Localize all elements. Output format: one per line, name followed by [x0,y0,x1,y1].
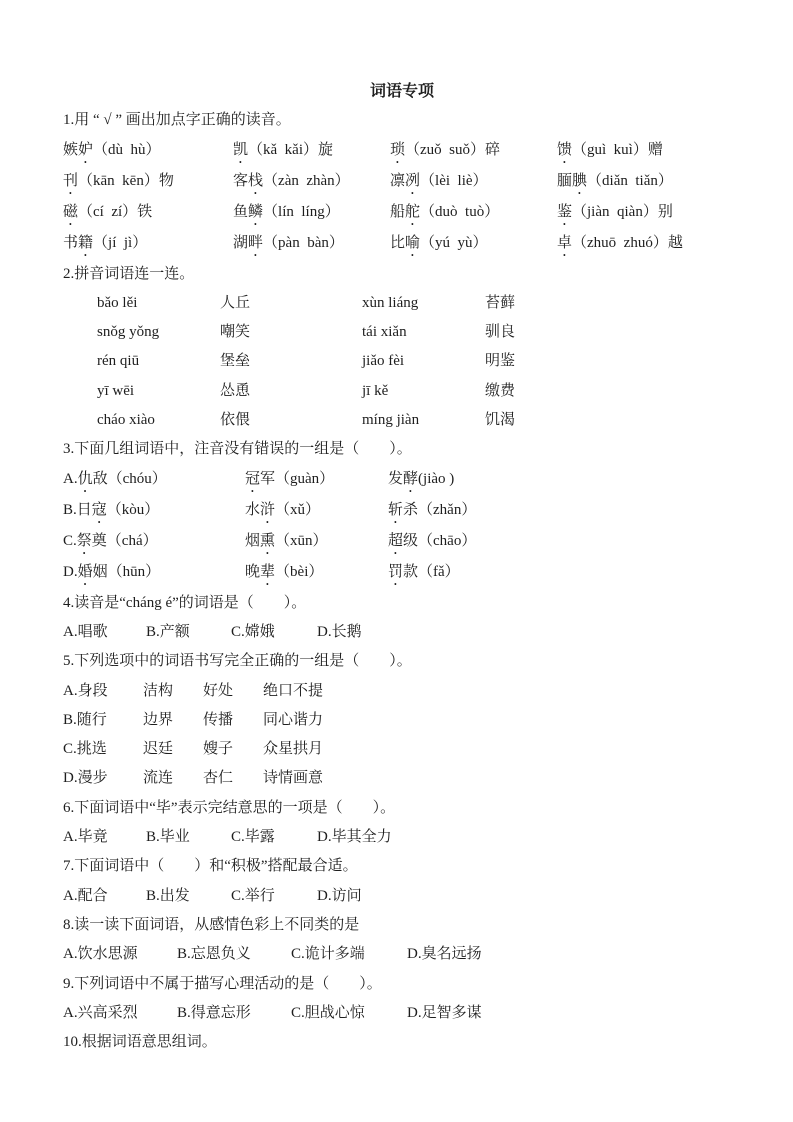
q3-item: C.祭奠（chá） [63,527,245,558]
q2-pinyin: yī wēi [97,377,220,406]
q2-pinyin: rén qiū [97,347,220,376]
q1-item: 凛冽（lèi liè） [390,167,557,198]
q1-item: 客栈（zàn zhàn） [233,167,390,198]
q2-pinyin: bǎo lěi [97,289,220,318]
q8-option: A.饮水思源 [63,940,177,969]
q1-item: 湖畔（pàn bàn） [233,229,390,260]
q7-option: A.配合 [63,882,146,911]
worksheet-content: 词语专项 1.用 “ √ ” 画出加点字正确的读音。 嫉妒（dù hù） 凯（k… [63,77,741,1057]
q5-item: C.挑选 [63,735,143,764]
q9-option: A.兴高采烈 [63,999,177,1028]
q5-item: 好处 [203,677,263,706]
q2-word: 驯良 [485,318,741,347]
page-title: 词语专项 [63,77,741,106]
q2-pinyin: snǒg yǒng [97,318,220,347]
q1-item: 琐（zuǒ suǒ）碎 [390,136,557,167]
q3-item: 超级（chāo） [388,527,741,558]
q7-stem: 7.下面词语中（ ）和“积极”搭配最合适。 [63,852,741,881]
q2-pinyin: míng jiàn [362,406,485,435]
q5-item: 杏仁 [203,764,263,793]
q3-item: B.日寇（kòu） [63,496,245,527]
q5-table: A.身段 洁构 好处 绝口不提 B.随行 边界 传播 同心谐力 C.挑选 迟廷 … [63,677,741,794]
q3-item: 烟熏（xūn） [245,527,388,558]
q9-options: A.兴高采烈 B.得意忘形 C.胆战心惊 D.足智多谋 [63,999,741,1028]
q8-option: C.诡计多端 [291,940,407,969]
q5-item: 边界 [143,706,203,735]
q3-table: A.仇敌（chóu） 冠军（guàn） 发酵(jiào ) B.日寇（kòu） … [63,465,741,589]
q2-pinyin: jī kě [362,377,485,406]
q6-option: C.毕露 [231,823,317,852]
q5-stem: 5.下列选项中的词语书写完全正确的一组是（ ）。 [63,647,741,676]
q2-word: 堡垒 [220,347,362,376]
q1-table: 嫉妒（dù hù） 凯（kǎ kǎi）旋 琐（zuǒ suǒ）碎 馈（guì k… [63,136,741,260]
q2-matching-table: bǎo lěi 人丘 xùn liáng 苔藓 snǒg yǒng 嘲笑 tái… [63,289,741,435]
q5-item: 诗情画意 [263,764,741,793]
q8-option: D.臭名远扬 [407,940,741,969]
q9-option: D.足智多谋 [407,999,741,1028]
q7-option: D.访问 [317,882,741,911]
q4-option: C.嫦娥 [231,618,317,647]
q3-item: 冠军（guàn） [245,465,388,496]
q5-item: 众星拱月 [263,735,741,764]
q1-item: 书籍（jí jì） [63,229,233,260]
q4-option: D.长鹅 [317,618,741,647]
q7-options: A.配合 B.出发 C.举行 D.访问 [63,882,741,911]
worksheet-page: 词语专项 1.用 “ √ ” 画出加点字正确的读音。 嫉妒（dù hù） 凯（k… [0,0,793,1122]
q2-pinyin: jiǎo fèi [362,347,485,376]
q3-item: 水浒（xǔ） [245,496,388,527]
q9-option: C.胆战心惊 [291,999,407,1028]
q1-item: 卓（zhuō zhuó）越 [557,229,741,260]
q5-item: 洁构 [143,677,203,706]
q5-item: 嫂子 [203,735,263,764]
q2-word: 怂恿 [220,377,362,406]
q5-item: 传播 [203,706,263,735]
q8-options: A.饮水思源 B.忘恩负义 C.诡计多端 D.臭名远扬 [63,940,741,969]
q3-item: D.婚姻（hūn） [63,558,245,589]
q7-option: C.举行 [231,882,317,911]
q3-item: 斩杀（zhǎn） [388,496,741,527]
q7-option: B.出发 [146,882,231,911]
q3-stem: 3.下面几组词语中，注音没有错误的一组是（ ）。 [63,435,741,464]
q1-item: 刊（kān kēn）物 [63,167,233,198]
q1-item: 馈（guì kuì）赠 [557,136,741,167]
q3-item: 发酵(jiào ) [388,465,741,496]
q2-word: 缴费 [485,377,741,406]
q5-item: 同心谐力 [263,706,741,735]
q6-option: B.毕业 [146,823,231,852]
q10-stem: 10.根据词语意思组词。 [63,1028,741,1057]
q1-item: 凯（kǎ kǎi）旋 [233,136,390,167]
q9-stem: 9.下列词语中不属于描写心理活动的是（ ）。 [63,970,741,999]
q1-item: 比喻（yú yù） [390,229,557,260]
q2-word: 依偎 [220,406,362,435]
q6-option: D.毕其全力 [317,823,741,852]
q5-item: A.身段 [63,677,143,706]
q2-pinyin: tái xiǎn [362,318,485,347]
q2-word: 饥渴 [485,406,741,435]
q4-stem: 4.读音是“cháng é”的词语是（ ）。 [63,589,741,618]
q3-item: A.仇敌（chóu） [63,465,245,496]
q5-item: D.漫步 [63,764,143,793]
q1-stem: 1.用 “ √ ” 画出加点字正确的读音。 [63,106,741,135]
q4-option: A.唱歌 [63,618,146,647]
q5-item: 迟廷 [143,735,203,764]
q6-option: A.毕竟 [63,823,146,852]
q6-options: A.毕竟 B.毕业 C.毕露 D.毕其全力 [63,823,741,852]
q4-option: B.产额 [146,618,231,647]
q2-pinyin: cháo xiào [97,406,220,435]
q5-item: 流连 [143,764,203,793]
q6-stem: 6.下面词语中“毕”表示完结意思的一项是（ ）。 [63,794,741,823]
q2-word: 明鉴 [485,347,741,376]
q1-item: 鱼鳞（lín líng） [233,198,390,229]
q1-item: 鉴（jiàn qiàn）别 [557,198,741,229]
q8-option: B.忘恩负义 [177,940,291,969]
q1-item: 腼腆（diǎn tiǎn） [557,167,741,198]
q5-item: B.随行 [63,706,143,735]
q2-word: 嘲笑 [220,318,362,347]
q2-word: 苔藓 [485,289,741,318]
q9-option: B.得意忘形 [177,999,291,1028]
q2-word: 人丘 [220,289,362,318]
q4-options: A.唱歌 B.产额 C.嫦娥 D.长鹅 [63,618,741,647]
q5-item: 绝口不提 [263,677,741,706]
q3-item: 晚辈（bèi） [245,558,388,589]
q2-pinyin: xùn liáng [362,289,485,318]
q1-item: 船舵（duò tuò） [390,198,557,229]
q1-item: 磁（cí zí）铁 [63,198,233,229]
q2-stem: 2.拼音词语连一连。 [63,260,741,289]
q3-item: 罚款（fǎ） [388,558,741,589]
q8-stem: 8.读一读下面词语，从感情色彩上不同类的是 [63,911,741,940]
q1-item: 嫉妒（dù hù） [63,136,233,167]
